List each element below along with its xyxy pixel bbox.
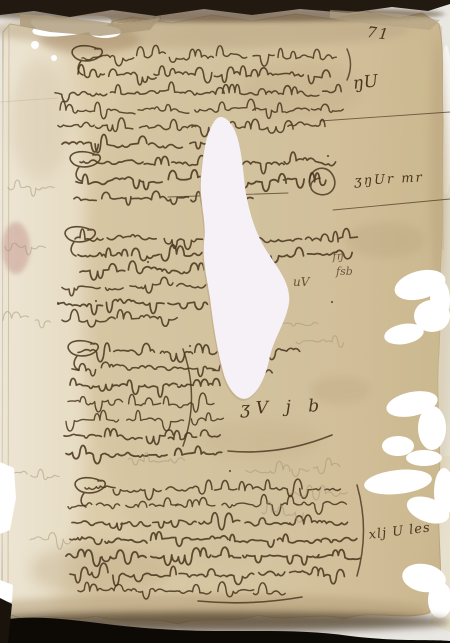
ink-speck — [327, 155, 329, 157]
ink-speck — [229, 470, 231, 472]
margin-note-uv: uV — [293, 276, 309, 288]
ink-speck — [147, 261, 149, 263]
margin-note-f1: fŋ — [332, 250, 344, 262]
margin-note-amount-entry-2: ʒŋUr mr — [354, 171, 424, 188]
margin-note-amount-entry-4: ʒV j b — [240, 398, 325, 418]
ink-speck — [331, 301, 333, 303]
ink-speck — [189, 345, 191, 347]
ink-speck — [57, 302, 59, 304]
manuscript-scan: 71 ŋU ʒŋUr mr fŋ fsb uV ʒV j b xlj U les — [0, 0, 450, 643]
folio-number: 71 — [366, 25, 391, 43]
margin-note-f2: fsb — [336, 266, 353, 277]
ink-speck — [95, 300, 97, 302]
scan-canvas — [0, 0, 450, 643]
margin-note-amount-top: ŋU — [352, 73, 379, 93]
